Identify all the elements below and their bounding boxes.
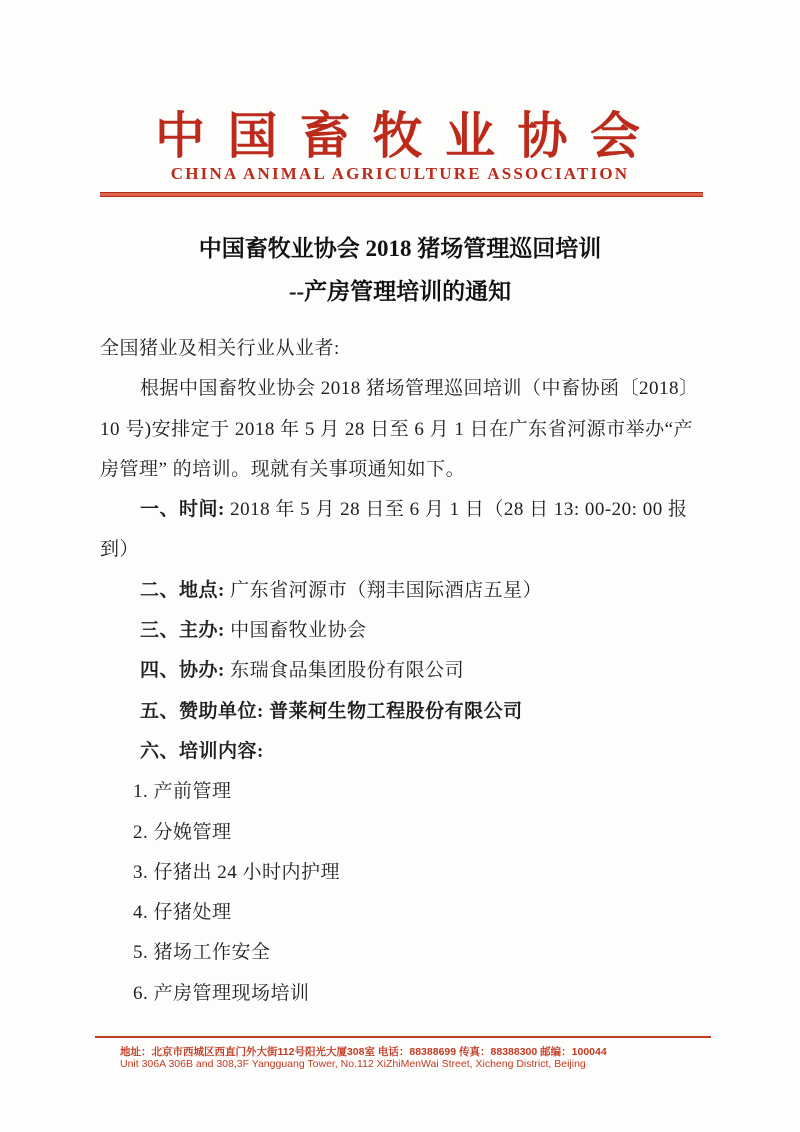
item-contents-heading-line: 六、培训内容: bbox=[100, 732, 740, 772]
training-content-item-2: 2. 分娩管理 bbox=[100, 813, 740, 853]
document-page: 中 国 畜 牧 业 协 会 CHINA ANIMAL AGRICULTURE A… bbox=[0, 0, 800, 1132]
training-content-item-3: 3. 仔猪出 24 小时内护理 bbox=[100, 853, 740, 893]
training-content-item-1: 1. 产前管理 bbox=[100, 772, 740, 812]
footer-rule bbox=[95, 1036, 711, 1038]
org-name-english: CHINA ANIMAL AGRICULTURE ASSOCIATION bbox=[0, 164, 800, 184]
intro-line-3: 房管理” 的培训。现就有关事项通知如下。 bbox=[100, 450, 740, 490]
salutation-line: 全国猪业及相关行业从业者: bbox=[100, 329, 740, 369]
notice-title: 中国畜牧业协会 2018 猪场管理巡回培训 --产房管理培训的通知 bbox=[0, 227, 800, 313]
training-content-item-4: 4. 仔猪处理 bbox=[100, 893, 740, 933]
item-time-wrap-line: 到） bbox=[100, 530, 740, 570]
item-sponsor-line: 五、赞助单位: 普莱柯生物工程股份有限公司 bbox=[100, 692, 740, 732]
intro-line-1: 根据中国畜牧业协会 2018 猪场管理巡回培训（中畜协函〔2018〕 bbox=[100, 369, 740, 409]
intro-line-2: 10 号)安排定于 2018 年 5 月 28 日至 6 月 1 日在广东省河源… bbox=[100, 410, 740, 450]
notice-body: 全国猪业及相关行业从业者: 根据中国畜牧业协会 2018 猪场管理巡回培训（中畜… bbox=[100, 329, 740, 1014]
item-coorganizer-line: 四、协办: 东瑞食品集团股份有限公司 bbox=[100, 651, 740, 691]
item-time-line: 一、时间: 2018 年 5 月 28 日至 6 月 1 日（28 日 13: … bbox=[100, 490, 740, 530]
title-line-1: 中国畜牧业协会 2018 猪场管理巡回培训 bbox=[0, 227, 800, 270]
footer-address-english: Unit 306A 306B and 308,3F Yangguang Towe… bbox=[120, 1058, 720, 1070]
letterhead-rule bbox=[100, 192, 703, 197]
org-name-chinese: 中 国 畜 牧 业 协 会 bbox=[0, 96, 800, 168]
training-content-item-6: 6. 产房管理现场培训 bbox=[100, 974, 740, 1014]
training-content-item-5: 5. 猪场工作安全 bbox=[100, 933, 740, 973]
footer-address-chinese: 地址：北京市西城区西直门外大街112号阳光大厦308室 电话：88388699 … bbox=[120, 1044, 720, 1059]
item-location-line: 二、地点: 广东省河源市（翔丰国际酒店五星） bbox=[100, 571, 740, 611]
title-line-2: --产房管理培训的通知 bbox=[0, 270, 800, 313]
item-host-line: 三、主办: 中国畜牧业协会 bbox=[100, 611, 740, 651]
